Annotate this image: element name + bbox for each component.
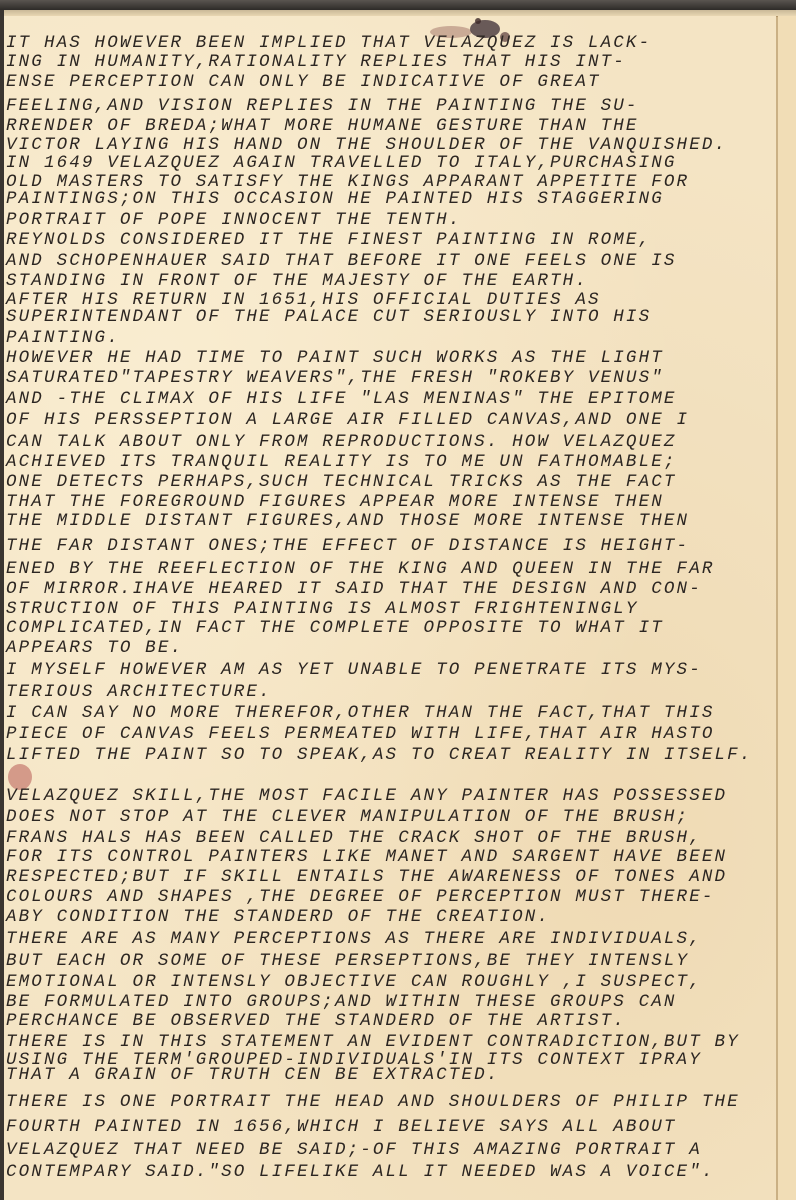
text-line: ense perception can only be indicative o… (6, 73, 601, 92)
text-line: feeling,and vision replies in the painti… (6, 97, 639, 116)
text-line: appears to be. (6, 639, 183, 658)
text-line: lifted the paint so to speak,as to creat… (6, 746, 752, 765)
text-line: It has however been implied that Velazqu… (6, 34, 651, 53)
text-line: I myself however am as yet unable to pen… (6, 661, 702, 680)
text-line: colours and shapes ,the degree of percep… (6, 888, 715, 907)
text-line: saturated"Tapestry Weavers",the fresh "R… (6, 369, 664, 388)
text-line: that a grain of truth cen be extracted. (6, 1066, 499, 1085)
text-line: ened by the reeflection of the king and … (6, 560, 715, 579)
text-line: struction of this painting is almost fri… (6, 600, 639, 619)
text-line: be formulated into groups;and within the… (6, 993, 677, 1012)
text-line: There is one portrait the head and shoul… (6, 1093, 740, 1112)
text-line: In 1649 Velazquez again travelled to Ita… (6, 154, 677, 173)
text-line: ing in humanity,rationality replies that… (6, 53, 626, 72)
text-line: of mirror.Ihave heared it said that the … (6, 580, 702, 599)
text-line: the middle distant figures,and those mor… (6, 512, 689, 531)
text-line: achieved its tranquil reality is to me u… (6, 453, 677, 472)
text-line: Velazquez that need be said;-of this ama… (6, 1141, 702, 1160)
scan-frame-top (0, 0, 796, 10)
text-line: aby condition the standerd of the creati… (6, 908, 550, 927)
ink-stain (475, 18, 481, 24)
text-line: one detects perhaps,such technical trick… (6, 473, 677, 492)
adjacent-page-strip (778, 16, 796, 1200)
text-line: perchance be observed the standerd of th… (6, 1012, 626, 1031)
text-line: that the foreground figures appear more … (6, 493, 664, 512)
text-line: Velazquez skill,the most facile any pain… (6, 787, 727, 806)
text-line: and -the climax of his life "Las Meninas… (6, 390, 677, 409)
text-line: for its control painters like Manet and … (6, 848, 727, 867)
text-line: emotional or intensly objective can roug… (6, 973, 702, 992)
text-line: contempary said."So lifelike all it need… (6, 1163, 715, 1182)
text-line: fourth painted in 1656,which I believe s… (6, 1118, 677, 1137)
text-line: complicated,in fact the complete opposit… (6, 619, 664, 638)
text-line: piece of canvas feels permeated with lif… (6, 725, 715, 744)
text-line: the far distant ones;the effect of dista… (6, 537, 689, 556)
text-line: There are as many perceptions as there a… (6, 930, 702, 949)
text-line: However he had time to paint such works … (6, 349, 664, 368)
text-line: but each or some of these perseptions,be… (6, 952, 689, 971)
text-line: painting. (6, 329, 120, 348)
text-line: portrait of Pope Innocent the tenth. (6, 211, 461, 230)
text-line: paintings;on this occasion he painted hi… (6, 190, 664, 209)
text-line: I can say no more therefor,other than th… (6, 704, 715, 723)
text-line: Frans Hals has been called the crack sho… (6, 829, 702, 848)
text-line: Reynolds considered it the finest painti… (6, 231, 651, 250)
text-line: rrender of Breda;what more humane gestur… (6, 117, 639, 136)
text-line: terious architecture. (6, 683, 272, 702)
text-line: standing in front of the majesty of the … (6, 272, 588, 291)
text-line: does not stop at the clever manipulation… (6, 808, 689, 827)
text-line: of his persseption a large air filled ca… (6, 411, 689, 430)
text-line: superintendant of the palace cut serious… (6, 308, 651, 327)
text-line: respected;but if skill entails the aware… (6, 868, 727, 887)
text-line: can talk about only from reproductions. … (6, 433, 677, 452)
text-line: and Schopenhauer said that before it one… (6, 252, 677, 271)
